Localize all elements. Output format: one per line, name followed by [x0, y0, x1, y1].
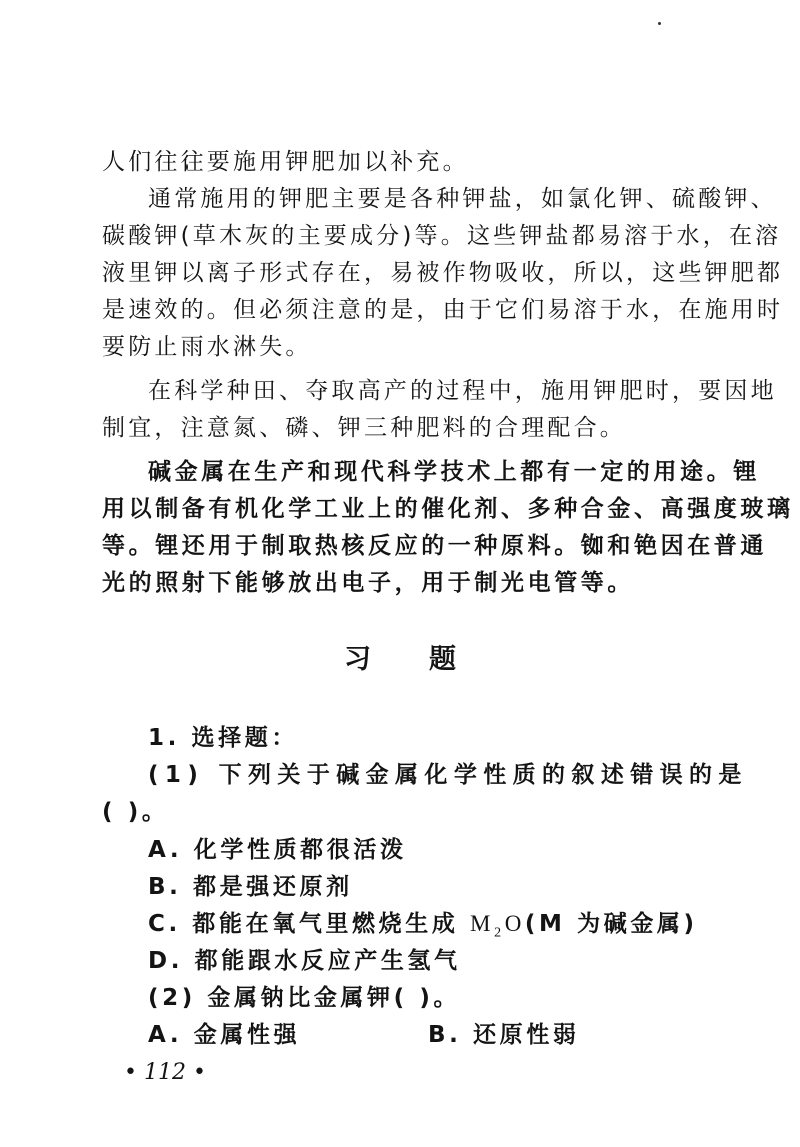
question-2-option-a: A. 金属性强 [148, 1022, 300, 1048]
paragraph-farming-line-2: 制宜，注意氮、磷、钾三种肥料的合理配合。 [102, 413, 670, 443]
section-title-char-2: 题 [429, 643, 456, 677]
formula-subscript: 2 [494, 926, 505, 941]
paragraph-alkali-uses-line-2: 用以制备有机化学工业上的催化剂、多种合金、高强度玻璃 [102, 494, 670, 524]
section-title-char-1: 习 [344, 643, 371, 677]
paragraph-farming-line-1: 在科学种田、夺取高产的过程中，施用钾肥时，要因地 [148, 376, 670, 406]
paragraph-potash-line-2: 碳酸钾(草木灰的主要成分)等。这些钾盐都易溶于水，在溶 [102, 221, 670, 251]
paragraph-alkali-uses-line-1: 碱金属在生产和现代科学技术上都有一定的用途。锂 [148, 457, 670, 487]
page-number: • 112 • [124, 1058, 206, 1088]
book-page: 人们往往要施用钾肥加以补充。 通常施用的钾肥主要是各种钾盐，如氯化钾、硫酸钾、 … [0, 0, 800, 1147]
question-1-option-a: A. 化学性质都很活泼 [148, 835, 670, 865]
question-1-option-b: B. 都是强还原剂 [148, 872, 670, 902]
formula-m: M [470, 911, 494, 936]
question-1-option-c: C. 都能在氧气里燃烧生成 M2O(M 为碱金属) [148, 909, 670, 939]
exercise-heading: 1. 选择题： [148, 723, 670, 753]
section-title-exercises: 习题 [0, 643, 800, 677]
question-1-option-d: D. 都能跟水反应产生氢气 [148, 946, 670, 976]
paragraph-alkali-uses-line-4: 光的照射下能够放出电子，用于制光电管等。 [102, 568, 670, 598]
paragraph-potash-line-1: 通常施用的钾肥主要是各种钾盐，如氯化钾、硫酸钾、 [148, 184, 670, 214]
question-1-stem-line-2: ( )。 [102, 797, 670, 827]
scan-speck [658, 22, 661, 25]
paragraph-potash-line-3: 液里钾以离子形式存在，易被作物吸收，所以，这些钾肥都 [102, 258, 670, 288]
paragraph-continuation-line: 人们往往要施用钾肥加以补充。 [102, 147, 670, 177]
question-2-option-b: B. 还原性弱 [428, 1020, 688, 1050]
paragraph-alkali-uses-line-3: 等。锂还用于制取热核反应的一种原料。铷和铯因在普通 [102, 531, 670, 561]
formula-o: O [505, 911, 525, 936]
paragraph-potash-line-4: 是速效的。但必须注意的是，由于它们易溶于水，在施用时 [102, 295, 670, 325]
option-c-text: C. 都能在氧气里燃烧生成 [148, 911, 470, 937]
option-c-note: (M 为碱金属) [525, 911, 698, 937]
question-2-stem: (2) 金属钠比金属钾( )。 [148, 983, 670, 1013]
paragraph-potash-line-5: 要防止雨水淋失。 [102, 332, 670, 362]
question-1-stem-line-1: (1) 下列关于碱金属化学性质的叙述错误的是 [148, 760, 670, 790]
